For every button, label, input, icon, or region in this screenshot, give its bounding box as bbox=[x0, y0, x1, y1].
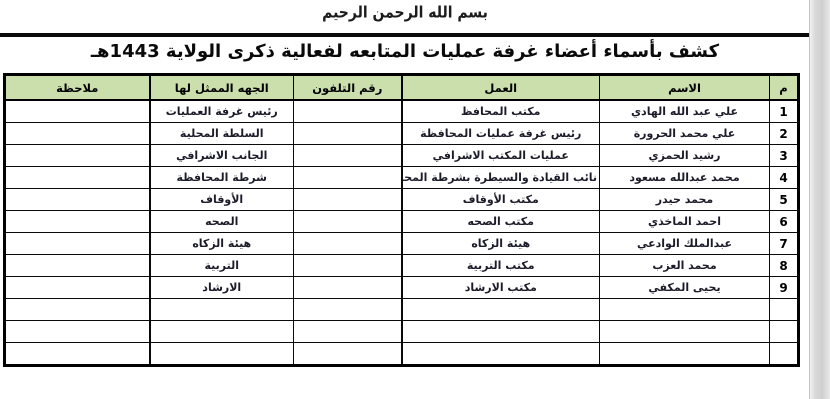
cell-num: 1 bbox=[770, 100, 799, 123]
cell-name: علي عبد الله الهادي bbox=[600, 100, 770, 123]
cell-job: مكتب التربية bbox=[402, 255, 600, 277]
cell-job: عمليات المكتب الاشرافي bbox=[402, 145, 600, 167]
scanned-document-page: { "header": { "basmala": "بسم الله الرحم… bbox=[0, 0, 830, 399]
table-row: 7عبدالملك الوادعيهيئة الزكاههيئة الزكاه bbox=[5, 233, 799, 255]
col-header-serial: م bbox=[770, 75, 799, 101]
cell-note bbox=[5, 255, 150, 277]
cell-note bbox=[5, 123, 150, 145]
cell-job: رئيس غرفة عمليات المحافظة bbox=[402, 123, 600, 145]
scan-page-edge bbox=[809, 0, 830, 399]
basmala-calligraphy: بسم الله الرحمن الرحيم bbox=[0, 4, 810, 22]
cell-name: يحيى المكفي bbox=[600, 277, 770, 299]
table-row: 5محمد حيدرمكتب الأوقافالأوقاف bbox=[5, 189, 799, 211]
col-header-entity: الجهه الممثل لها bbox=[150, 75, 294, 101]
cell-entity: الصحه bbox=[150, 211, 294, 233]
page-title: كشف بأسماء أعضاء غرفة عمليات المتابعه لف… bbox=[0, 41, 810, 62]
cell-phone bbox=[294, 255, 402, 277]
cell-note bbox=[5, 211, 150, 233]
cell-phone bbox=[294, 100, 402, 123]
cell-phone bbox=[294, 233, 402, 255]
table-row: 2علي محمد الحرورةرئيس غرفة عمليات المحاف… bbox=[5, 123, 799, 145]
table-row: 9يحيى المكفيمكتب الارشادالارشاد bbox=[5, 277, 799, 299]
table-row: 8محمد العزبمكتب التربيةالتربية bbox=[5, 255, 799, 277]
cell-name: محمد عبدالله مسعود bbox=[600, 167, 770, 189]
cell-entity: الارشاد bbox=[150, 277, 294, 299]
cell-job: مكتب المحافظ bbox=[402, 100, 600, 123]
cell-job: مكتب الارشاد bbox=[402, 277, 600, 299]
table-row: 6احمد الماخذيمكتب الصحهالصحه bbox=[5, 211, 799, 233]
cell-name bbox=[600, 321, 770, 343]
cell-entity bbox=[150, 299, 294, 321]
cell-name: محمد العزب bbox=[600, 255, 770, 277]
cell-job bbox=[402, 343, 600, 366]
cell-entity: الأوقاف bbox=[150, 189, 294, 211]
header-divider-rule bbox=[0, 33, 810, 37]
cell-phone bbox=[294, 211, 402, 233]
table-row: 1علي عبد الله الهاديمكتب المحافظرئيس غرف… bbox=[5, 100, 799, 123]
cell-note bbox=[5, 233, 150, 255]
cell-entity bbox=[150, 343, 294, 366]
cell-num bbox=[770, 299, 799, 321]
cell-num: 7 bbox=[770, 233, 799, 255]
col-header-phone: رقم التلفون bbox=[294, 75, 402, 101]
cell-name: علي محمد الحرورة bbox=[600, 123, 770, 145]
cell-name bbox=[600, 299, 770, 321]
members-table: م الاسم العمل رقم التلفون الجهه الممثل ل… bbox=[3, 73, 800, 367]
cell-num: 6 bbox=[770, 211, 799, 233]
cell-job bbox=[402, 299, 600, 321]
cell-phone bbox=[294, 145, 402, 167]
cell-note bbox=[5, 145, 150, 167]
cell-name bbox=[600, 343, 770, 366]
table-header: م الاسم العمل رقم التلفون الجهه الممثل ل… bbox=[5, 75, 799, 101]
cell-phone bbox=[294, 343, 402, 366]
col-header-job: العمل bbox=[402, 75, 600, 101]
cell-note bbox=[5, 189, 150, 211]
cell-job: مكتب الصحه bbox=[402, 211, 600, 233]
col-header-note: ملاحظة bbox=[5, 75, 150, 101]
cell-phone bbox=[294, 123, 402, 145]
cell-note bbox=[5, 100, 150, 123]
table-row bbox=[5, 343, 799, 366]
cell-name: رشيد الحمزي bbox=[600, 145, 770, 167]
cell-num: 9 bbox=[770, 277, 799, 299]
cell-entity bbox=[150, 321, 294, 343]
cell-note bbox=[5, 343, 150, 366]
cell-num: 8 bbox=[770, 255, 799, 277]
cell-entity: السلطة المحلية bbox=[150, 123, 294, 145]
cell-entity: هيئة الزكاه bbox=[150, 233, 294, 255]
cell-name: عبدالملك الوادعي bbox=[600, 233, 770, 255]
cell-num: 5 bbox=[770, 189, 799, 211]
table-row: 3رشيد الحمزيعمليات المكتب الاشرافيالجانب… bbox=[5, 145, 799, 167]
cell-num: 2 bbox=[770, 123, 799, 145]
cell-num: 4 bbox=[770, 167, 799, 189]
cell-phone bbox=[294, 321, 402, 343]
cell-job: مكتب الأوقاف bbox=[402, 189, 600, 211]
cell-num: 3 bbox=[770, 145, 799, 167]
cell-phone bbox=[294, 189, 402, 211]
cell-entity: رئيس غرفة العمليات bbox=[150, 100, 294, 123]
cell-job: نائب القيادة والسيطرة بشرطة المحافظة bbox=[402, 167, 600, 189]
cell-phone bbox=[294, 299, 402, 321]
cell-entity: الجانب الاشرافي bbox=[150, 145, 294, 167]
cell-note bbox=[5, 277, 150, 299]
cell-num bbox=[770, 321, 799, 343]
table-row bbox=[5, 299, 799, 321]
cell-name: محمد حيدر bbox=[600, 189, 770, 211]
cell-phone bbox=[294, 277, 402, 299]
table-body: 1علي عبد الله الهاديمكتب المحافظرئيس غرف… bbox=[5, 100, 799, 366]
col-header-name: الاسم bbox=[600, 75, 770, 101]
cell-num bbox=[770, 343, 799, 366]
cell-name: احمد الماخذي bbox=[600, 211, 770, 233]
cell-job: هيئة الزكاه bbox=[402, 233, 600, 255]
header-row: م الاسم العمل رقم التلفون الجهه الممثل ل… bbox=[5, 75, 799, 101]
cell-entity: التربية bbox=[150, 255, 294, 277]
table-row bbox=[5, 321, 799, 343]
cell-note bbox=[5, 167, 150, 189]
table-row: 4محمد عبدالله مسعودنائب القيادة والسيطرة… bbox=[5, 167, 799, 189]
cell-note bbox=[5, 321, 150, 343]
cell-phone bbox=[294, 167, 402, 189]
cell-entity: شرطة المحافظة bbox=[150, 167, 294, 189]
cell-note bbox=[5, 299, 150, 321]
cell-job bbox=[402, 321, 600, 343]
